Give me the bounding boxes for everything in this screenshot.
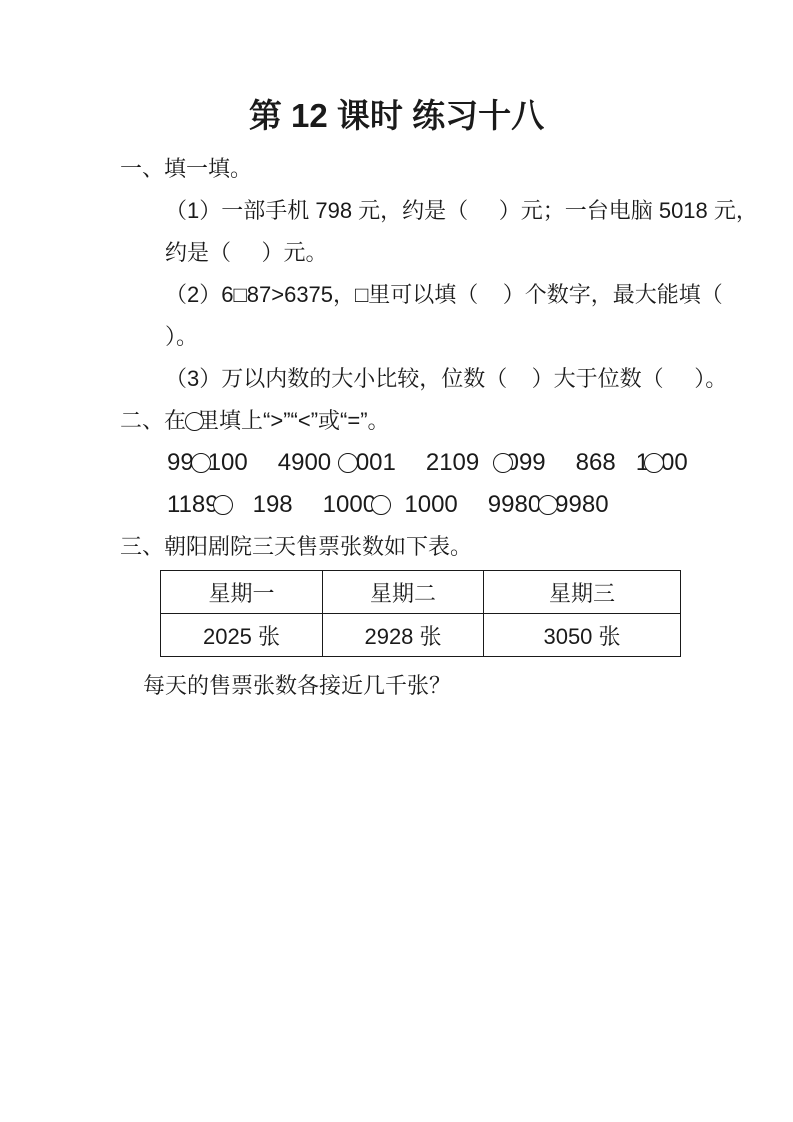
section-three-question: 每天的售票张数各接近几千张？	[120, 671, 743, 701]
table-header-wednesday: 星期三	[484, 571, 681, 614]
left-number: 1189	[167, 491, 219, 519]
comparison-pair: 99809980	[488, 491, 609, 519]
comparison-row-2: 1189 198 1000 1000 99809980	[120, 484, 743, 526]
table-header-monday: 星期一	[161, 571, 323, 614]
fill-item-2-line-2: ）。	[120, 316, 743, 358]
table-header-tuesday: 星期二	[323, 571, 484, 614]
section-two-header: 二、在里填上“>”“<”或“=”。	[120, 400, 743, 442]
fill-item-1-line-2: 约是（ ）元。	[120, 232, 743, 274]
compare-circle-icon	[371, 495, 391, 515]
compare-circle-icon	[644, 453, 664, 473]
tickets-wednesday: 3050 张	[484, 614, 681, 657]
section-three-header: 三、朝阳剧院三天售票张数如下表。	[120, 526, 743, 568]
section-three-label: 三、	[120, 534, 164, 559]
comparison-pair: 1189 198	[167, 491, 293, 519]
compare-circle-icon	[191, 453, 211, 473]
right-number: 100	[208, 449, 248, 477]
ticket-sales-table: 星期一 星期二 星期三 2025 张 2928 张 3050 张	[160, 570, 681, 657]
compare-circle-icon	[213, 495, 233, 515]
section-three-heading: 朝阳剧院三天售票张数如下表。	[164, 534, 472, 559]
comparison-pair: 4900 001	[278, 449, 396, 477]
section-two-heading-pre: 在	[164, 408, 186, 433]
compare-circle-icon	[338, 453, 358, 473]
table-header-row: 星期一 星期二 星期三	[161, 571, 681, 614]
compare-circle-icon	[493, 453, 513, 473]
table-value-row: 2025 张 2928 张 3050 张	[161, 614, 681, 657]
section-two-heading-post: 里填上“>”“<”或“=”。	[197, 408, 390, 433]
comparison-pair: 1000 1000	[323, 491, 458, 519]
page-title: 第 12 课时 练习十八	[0, 94, 793, 138]
section-two-label: 二、	[120, 408, 164, 433]
compare-circle-icon	[185, 412, 204, 431]
left-number: 1000	[323, 491, 376, 519]
section-one-heading: 填一填。	[164, 156, 252, 181]
left-number: 9980	[488, 491, 541, 519]
section-one-header: 一、填一填。	[120, 148, 743, 190]
fill-item-1-line-1: （1）一部手机 798 元，约是（ ）元；一台电脑 5018 元，	[120, 190, 743, 232]
fill-item-2-line-1: （2）6□87>6375，□里可以填（ ）个数字，最大能填（	[120, 274, 743, 316]
right-number: 001	[356, 449, 396, 477]
comparison-row-1: 99100 4900 001 2109 099 868 100	[120, 442, 743, 484]
comparison-pair: 2109 099	[426, 449, 546, 477]
left-number: 99	[167, 449, 194, 477]
left-number: 868 1	[576, 449, 649, 477]
worksheet-page: 第 12 课时 练习十八 一、填一填。 （1）一部手机 798 元，约是（ ）元…	[0, 0, 793, 701]
right-number: 1000	[391, 491, 458, 519]
fill-item-3: （3）万以内数的大小比较，位数（ ）大于位数（ ）。	[120, 358, 743, 400]
right-number: 9980	[555, 491, 608, 519]
right-number: 198	[233, 491, 293, 519]
tickets-monday: 2025 张	[161, 614, 323, 657]
comparison-pair: 868 100	[576, 449, 688, 477]
left-number: 2109	[426, 449, 493, 477]
left-number: 4900	[278, 449, 338, 477]
tickets-tuesday: 2928 张	[323, 614, 484, 657]
comparison-pair: 99100	[167, 449, 248, 477]
section-one-label: 一、	[120, 156, 164, 181]
right-number: 00	[661, 449, 688, 477]
